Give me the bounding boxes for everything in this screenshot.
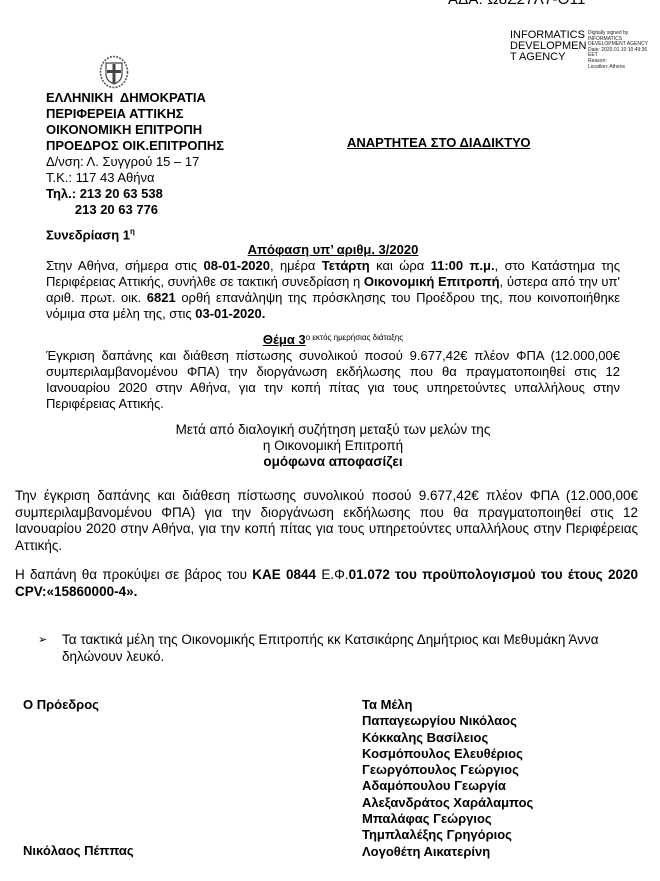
subject-sup: ο εκτός ημερήσιας διάταξης	[306, 333, 403, 342]
signature-meta-line: Location: Athens	[588, 65, 648, 71]
signature-metadata: Digitally signed by INFORMATICS DEVELOPM…	[588, 31, 648, 70]
header-line: ΟΙΚΟΝΟΜΙΚΗ ΕΠΙΤΡΟΠΗ	[46, 122, 224, 138]
subject-label: Θέμα 3	[263, 332, 306, 347]
text: Στην Αθήνα, σήμερα στις	[46, 258, 203, 273]
arrowhead-bullet-icon: ➢	[38, 632, 62, 665]
online-posting-notice: ΑΝΑΡΤΗΤΕΑ ΣΤΟ ΔΙΑΔΙΚΤΥΟ	[347, 135, 530, 150]
member-name: Παπαγεωργίου Νικόλαος	[362, 713, 533, 729]
session-number: Συνεδρίαση 1η	[46, 227, 135, 242]
header-line: ΕΛΛΗΝΙΚΗ ΔΗΜΟΚΡΑΤΙΑ	[46, 90, 224, 106]
approval-paragraph: Την έγκριση δαπάνης και διάθεση πίστωσης…	[15, 488, 638, 554]
text: Ε.Φ.	[316, 567, 349, 582]
meeting-day: Τετάρτη	[322, 258, 370, 273]
ada-code: ΑΔΑ: Ω8Ζ27Λ7-Ο11	[448, 0, 586, 8]
discussion-line: Μετά από διαλογική συζήτηση μεταξύ των μ…	[46, 422, 620, 438]
signature-org-line: T AGENCY	[510, 52, 582, 63]
header-line: ΠΕΡΙΦΕΡΕΙΑ ΑΤΤΙΚΗΣ	[46, 106, 224, 122]
text: , ημέρα	[270, 258, 322, 273]
president-name: Νικόλαος Πέππας	[23, 843, 134, 858]
text: και ώρα	[370, 258, 431, 273]
member-name: Αλεξανδράτος Χαράλαμπος	[362, 795, 533, 811]
member-name: Τημπλαλέξης Γρηγόριος	[362, 827, 533, 843]
signature-organization: INFORMATICS DEVELOPMEN T AGENCY	[510, 30, 582, 63]
text: .	[134, 584, 138, 599]
meeting-time: 11:00 π.μ.	[431, 258, 495, 273]
session-label: Συνεδρίαση 1	[46, 227, 130, 242]
member-name: Λογοθέτη Αικατερίνη	[362, 844, 533, 860]
header-postal-code: Τ.Κ.: 117 43 Αθήνα	[46, 170, 224, 186]
header-line: ΠΡΟΕΔΡΟΣ ΟΙΚ.ΕΠΙΤΡΟΠΗΣ	[46, 138, 224, 154]
issuer-header: ΕΛΛΗΝΙΚΗ ΔΗΜΟΚΡΑΤΙΑ ΠΕΡΙΦΕΡΕΙΑ ΑΤΤΙΚΗΣ Ο…	[46, 90, 224, 218]
intro-paragraph: Στην Αθήνα, σήμερα στις 08-01-2020, ημέρ…	[46, 258, 620, 322]
decision-verdict: ομόφωνα αποφασίζει	[46, 454, 620, 470]
member-name: Κόκκαλης Βασίλειος	[362, 730, 533, 746]
kae-code: ΚΑΕ 0844	[252, 567, 316, 582]
decision-title: Απόφαση υπ’ αριθμ. 3/2020	[46, 242, 620, 257]
committee-name: Οικονομική Επιτροπή	[364, 274, 500, 289]
president-title: Ο Πρόεδρος	[23, 697, 99, 712]
protocol-number: 6821	[147, 290, 176, 305]
members-list: Τα Μέλη Παπαγεωργίου Νικόλαος Κόκκαλης Β…	[362, 697, 533, 860]
subject-text: Έγκριση δαπάνης και διάθεση πίστωσης συν…	[46, 348, 620, 412]
header-address: Δ/νση: Λ. Συγγρού 15 – 17	[46, 154, 224, 170]
member-name: Κοσμόπουλος Ελευθέριος	[362, 746, 533, 762]
member-name: Γεωργόπουλος Γεώργιος	[362, 762, 533, 778]
discussion-block: Μετά από διαλογική συζήτηση μεταξύ των μ…	[46, 422, 620, 470]
invitation-date: 03-01-2020.	[195, 306, 265, 321]
bullet-text: Τα τακτικά μέλη της Οικονομικής Επιτροπή…	[62, 632, 638, 665]
session-sup: η	[130, 227, 135, 236]
text: Η δαπάνη θα προκύψει σε βάρος του	[15, 567, 252, 582]
member-name: Αδαμόπουλου Γεωργία	[362, 778, 533, 794]
greek-coat-of-arms-icon	[99, 55, 129, 89]
header-phone: Τηλ.: 213 20 63 538	[46, 186, 224, 202]
subject-heading: Θέμα 3ο εκτός ημερήσιας διάταξης	[46, 332, 620, 347]
meeting-date: 08-01-2020	[203, 258, 270, 273]
bullet-item: ➢ Τα τακτικά μέλη της Οικονομικής Επιτρο…	[38, 632, 638, 665]
member-name: Μπαλάφας Γεώργιος	[362, 811, 533, 827]
header-phone: 213 20 63 776	[46, 202, 224, 218]
discussion-line: η Οικονομική Επιτροπή	[46, 438, 620, 454]
members-title: Τα Μέλη	[362, 697, 533, 713]
expense-paragraph: Η δαπάνη θα προκύψει σε βάρος του ΚΑΕ 08…	[15, 567, 638, 600]
digital-signature-block: INFORMATICS DEVELOPMEN T AGENCY Digitall…	[510, 30, 648, 70]
